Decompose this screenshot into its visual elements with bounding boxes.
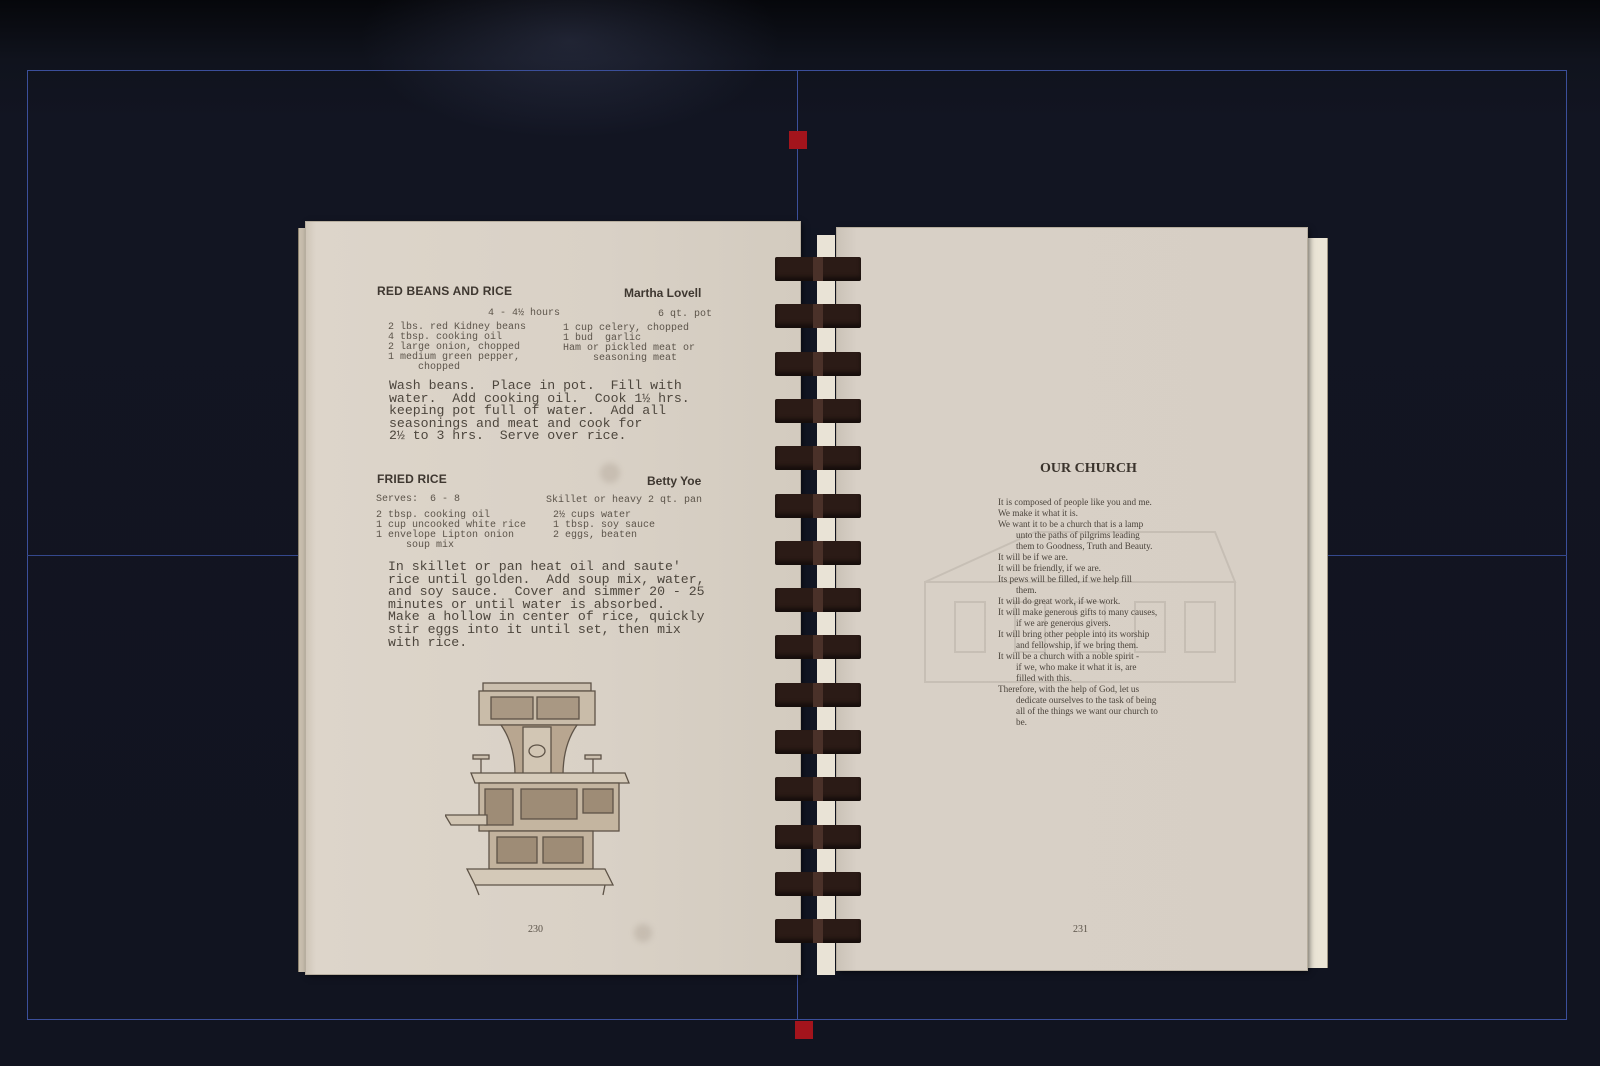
poem-line: if we, who make it what it is, are [998,662,1158,673]
direction-line: 2½ to 3 hrs. Serve over rice. [389,430,690,443]
poem-line: them. [998,585,1158,596]
poem-line: It will do great work, if we work. [998,596,1158,607]
scan-guide-vertical-bottom [797,975,798,1020]
recipe-serves: Serves: 6 - 8 [376,495,460,505]
ingredient-line: 2 eggs, beaten [553,531,655,541]
poem-line: and fellowship, if we bring them. [998,640,1158,651]
ingredients-right-1: 1 cup celery, chopped1 bud garlicHam or … [563,324,695,364]
poem-line: Therefore, with the help of God, let us [998,684,1158,695]
recipe-author: Betty Yoe [647,474,701,488]
recipe-equipment: 6 qt. pot [658,310,712,320]
binding-coil [775,446,861,472]
binding-coil [775,257,861,283]
binding-coil [775,304,861,330]
poem-line: Its pews will be filled, if we help fill [998,574,1158,585]
binding-coil [775,730,861,756]
ingredients-right-2: 2½ cups water1 tbsp. soy sauce2 eggs, be… [553,511,655,541]
page-number-right: 231 [1073,924,1088,935]
poem-line: We make it what it is. [998,508,1158,519]
recipe-author: Martha Lovell [624,286,701,300]
bottom-center-marker [795,1021,813,1039]
poem-line: all of the things we want our church to [998,706,1158,717]
stove-illustration [445,675,645,900]
poem-line: We want it to be a church that is a lamp [998,519,1158,530]
recipe-title: RED BEANS AND RICE [377,284,512,298]
paper-stain [634,924,652,942]
poem-line: It will be friendly, if we are. [998,563,1158,574]
binding-coil [775,541,861,567]
ingredient-line: soup mix [376,541,526,551]
recipe-directions: In skillet or pan heat oil and saute'ric… [388,561,705,649]
poem-line: filled with this. [998,673,1158,684]
poem-line: It is composed of people like you and me… [998,497,1158,508]
binding-coil [775,352,861,378]
ingredients-left-1: 2 lbs. red Kidney beans4 tbsp. cooking o… [388,323,526,373]
poem-line: dedicate ourselves to the task of being [998,695,1158,706]
recipe-title: FRIED RICE [377,472,447,486]
page-number-left: 230 [528,924,543,935]
poem-line: unto the paths of pilgrims leading [998,530,1158,541]
ingredient-line: chopped [388,363,526,373]
binding-coil [775,825,861,851]
recipe-time: 4 - 4½ hours [488,309,560,319]
ingredient-line: seasoning meat [563,354,695,364]
binding-coil [775,872,861,898]
binding-coil [775,399,861,425]
poem-line: be. [998,717,1158,728]
poem-line: if we are generous givers. [998,618,1158,629]
poem-line: them to Goodness, Truth and Beauty. [998,541,1158,552]
poem-line: It will be if we are. [998,552,1158,563]
page-title: OUR CHURCH [1040,461,1137,477]
binding-coil [775,635,861,661]
poem-line: It will be a church with a noble spirit … [998,651,1158,662]
binding-coil [775,683,861,709]
recipe-equipment: Skillet or heavy 2 qt. pan [546,496,702,506]
binding-coil [775,494,861,520]
binding-coil [775,588,861,614]
binding-coil [775,777,861,803]
paper-stain [600,463,620,483]
direction-line: with rice. [388,637,705,650]
top-center-marker [789,131,807,149]
church-poem: It is composed of people like you and me… [998,497,1158,728]
poem-line: It will make generous gifts to many caus… [998,607,1158,618]
ingredients-left-2: 2 tbsp. cooking oil1 cup uncooked white … [376,511,526,551]
binding-coil [775,919,861,945]
recipe-directions: Wash beans. Place in pot. Fill withwater… [389,380,690,443]
poem-line: It will bring other people into its wors… [998,629,1158,640]
